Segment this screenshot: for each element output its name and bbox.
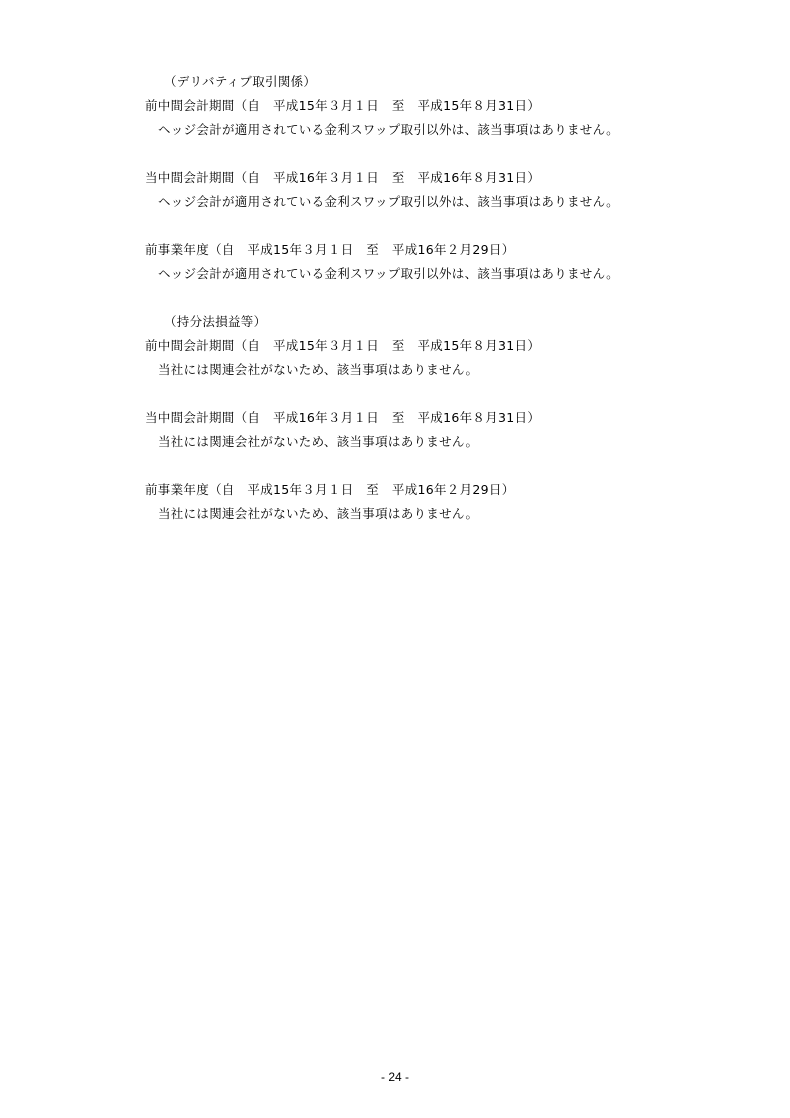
period-label: 前中間会計期間（自 平成15年３月１日 至 平成15年８月31日） bbox=[145, 98, 540, 114]
entry-text: 当社には関連会社がないため、該当事項はありません。 bbox=[158, 506, 478, 522]
entry-text: ヘッジ会計が適用されている金利スワップ取引以外は、該当事項はありません。 bbox=[158, 122, 619, 138]
document-page: （デリバティブ取引関係） 前中間会計期間（自 平成15年３月１日 至 平成15年… bbox=[0, 0, 790, 1118]
entry-text: ヘッジ会計が適用されている金利スワップ取引以外は、該当事項はありません。 bbox=[158, 194, 619, 210]
period-label: 当中間会計期間（自 平成16年３月１日 至 平成16年８月31日） bbox=[145, 410, 540, 426]
period-label: 前中間会計期間（自 平成15年３月１日 至 平成15年８月31日） bbox=[145, 338, 540, 354]
entry-text: 当社には関連会社がないため、該当事項はありません。 bbox=[158, 434, 478, 450]
period-label: 前事業年度（自 平成15年３月１日 至 平成16年２月29日） bbox=[145, 482, 515, 498]
section-heading-equity-method: （持分法損益等） bbox=[164, 314, 266, 330]
page-number: - 24 - bbox=[0, 1070, 790, 1084]
entry-text: ヘッジ会計が適用されている金利スワップ取引以外は、該当事項はありません。 bbox=[158, 266, 619, 282]
period-label: 当中間会計期間（自 平成16年３月１日 至 平成16年８月31日） bbox=[145, 170, 540, 186]
period-label: 前事業年度（自 平成15年３月１日 至 平成16年２月29日） bbox=[145, 242, 515, 258]
section-heading-derivatives: （デリバティブ取引関係） bbox=[164, 74, 316, 90]
entry-text: 当社には関連会社がないため、該当事項はありません。 bbox=[158, 362, 478, 378]
